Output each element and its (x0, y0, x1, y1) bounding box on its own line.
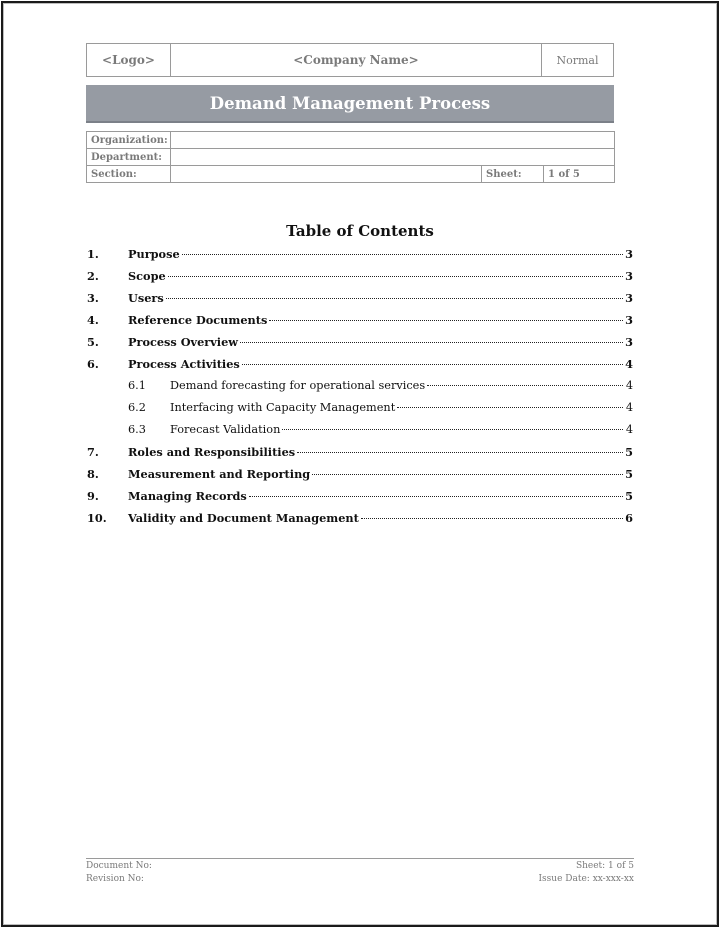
toc-entry[interactable]: 9.Managing Records5 (87, 489, 633, 511)
toc-entry-label: Process Overview (128, 335, 238, 349)
toc-entry[interactable]: 6.2Interfacing with Capacity Management4 (87, 401, 633, 423)
toc-entry-label: Roles and Responsibilities (128, 445, 295, 459)
toc-dot-leader (240, 342, 623, 343)
toc-dot-leader (182, 254, 623, 255)
toc-entry-number: 8. (87, 467, 128, 481)
toc-entry[interactable]: 2.Scope3 (87, 269, 633, 291)
toc-dot-leader (312, 474, 623, 475)
toc-entry[interactable]: 3.Users3 (87, 291, 633, 313)
toc-dot-leader (166, 298, 623, 299)
document-number: Document No: (86, 860, 152, 873)
toc-entry-label: Reference Documents (128, 313, 267, 327)
toc-entry-number: 6.2 (128, 401, 170, 414)
toc-entry-label: Forecast Validation (170, 423, 280, 436)
toc-entry-number: 9. (87, 489, 128, 503)
toc-entry-page: 4 (625, 379, 633, 392)
toc-entry-page: 4 (625, 401, 633, 414)
department-row: Department: (87, 149, 615, 166)
toc-entry-page: 3 (625, 291, 633, 305)
toc-dot-leader (361, 518, 623, 519)
classification-label: Normal (542, 44, 613, 76)
toc-entry-page: 4 (625, 357, 633, 371)
page-footer: Document No: Sheet: 1 of 5 Revision No: … (86, 860, 634, 886)
issue-date: Issue Date: xx-xxx-xx (539, 873, 635, 886)
toc-entry-label: Managing Records (128, 489, 247, 503)
table-of-contents: 1.Purpose32.Scope33.Users34.Reference Do… (87, 247, 633, 533)
revision-number: Revision No: (86, 873, 144, 886)
document-title: Demand Management Process (86, 85, 614, 123)
organization-value (171, 132, 615, 149)
toc-entry-label: Purpose (128, 247, 180, 261)
toc-entry-number: 3. (87, 291, 128, 305)
organization-label: Organization: (87, 132, 171, 149)
toc-entry[interactable]: 8.Measurement and Reporting5 (87, 467, 633, 489)
sheet-value: 1 of 5 (544, 166, 615, 183)
toc-entry-page: 3 (625, 335, 633, 349)
toc-entry-number: 6.1 (128, 379, 170, 392)
toc-dot-leader (168, 276, 623, 277)
toc-entry-label: Validity and Document Management (128, 511, 359, 525)
toc-entry[interactable]: 5.Process Overview3 (87, 335, 633, 357)
toc-entry-page: 5 (625, 467, 633, 481)
toc-entry-page: 3 (625, 269, 633, 283)
department-value (171, 149, 615, 166)
section-value (171, 166, 482, 183)
toc-entry-label: Process Activities (128, 357, 240, 371)
toc-entry-page: 4 (625, 423, 633, 436)
toc-entry[interactable]: 7.Roles and Responsibilities5 (87, 445, 633, 467)
toc-entry-page: 3 (625, 247, 633, 261)
toc-entry[interactable]: 10.Validity and Document Management6 (87, 511, 633, 533)
toc-entry-label: Interfacing with Capacity Management (170, 401, 395, 414)
toc-entry[interactable]: 6.3Forecast Validation4 (87, 423, 633, 445)
toc-entry[interactable]: 6.1Demand forecasting for operational se… (87, 379, 633, 401)
toc-entry-page: 6 (625, 511, 633, 525)
toc-dot-leader (242, 364, 623, 365)
toc-entry-number: 7. (87, 445, 128, 459)
toc-entry[interactable]: 6.Process Activities4 (87, 357, 633, 379)
toc-entry-page: 5 (625, 489, 633, 503)
organization-row: Organization: (87, 132, 615, 149)
toc-dot-leader (249, 496, 623, 497)
document-info-table: Organization: Department: Section: Sheet… (86, 131, 615, 183)
toc-dot-leader (427, 385, 623, 386)
toc-entry-number: 1. (87, 247, 128, 261)
section-row: Section: Sheet: 1 of 5 (87, 166, 615, 183)
toc-entry-label: Demand forecasting for operational servi… (170, 379, 425, 392)
toc-entry-number: 6.3 (128, 423, 170, 436)
toc-entry-number: 4. (87, 313, 128, 327)
logo-placeholder: <Logo> (87, 44, 171, 76)
toc-entry-page: 5 (625, 445, 633, 459)
toc-dot-leader (282, 429, 623, 430)
toc-entry-page: 3 (625, 313, 633, 327)
toc-entry[interactable]: 4.Reference Documents3 (87, 313, 633, 335)
toc-entry-number: 6. (87, 357, 128, 371)
sheet-label: Sheet: (482, 166, 544, 183)
footer-sheet: Sheet: 1 of 5 (576, 860, 634, 873)
toc-title: Table of Contents (0, 222, 720, 240)
footer-divider (86, 858, 634, 859)
toc-dot-leader (269, 320, 623, 321)
company-name: <Company Name> (171, 44, 542, 76)
toc-entry-number: 2. (87, 269, 128, 283)
section-label: Section: (87, 166, 171, 183)
toc-entry-number: 5. (87, 335, 128, 349)
toc-dot-leader (397, 407, 623, 408)
toc-entry[interactable]: 1.Purpose3 (87, 247, 633, 269)
toc-entry-label: Scope (128, 269, 166, 283)
toc-entry-label: Measurement and Reporting (128, 467, 310, 481)
toc-entry-label: Users (128, 291, 164, 305)
toc-dot-leader (297, 452, 623, 453)
header-table: <Logo> <Company Name> Normal (86, 43, 614, 77)
department-label: Department: (87, 149, 171, 166)
toc-entry-number: 10. (87, 511, 128, 525)
